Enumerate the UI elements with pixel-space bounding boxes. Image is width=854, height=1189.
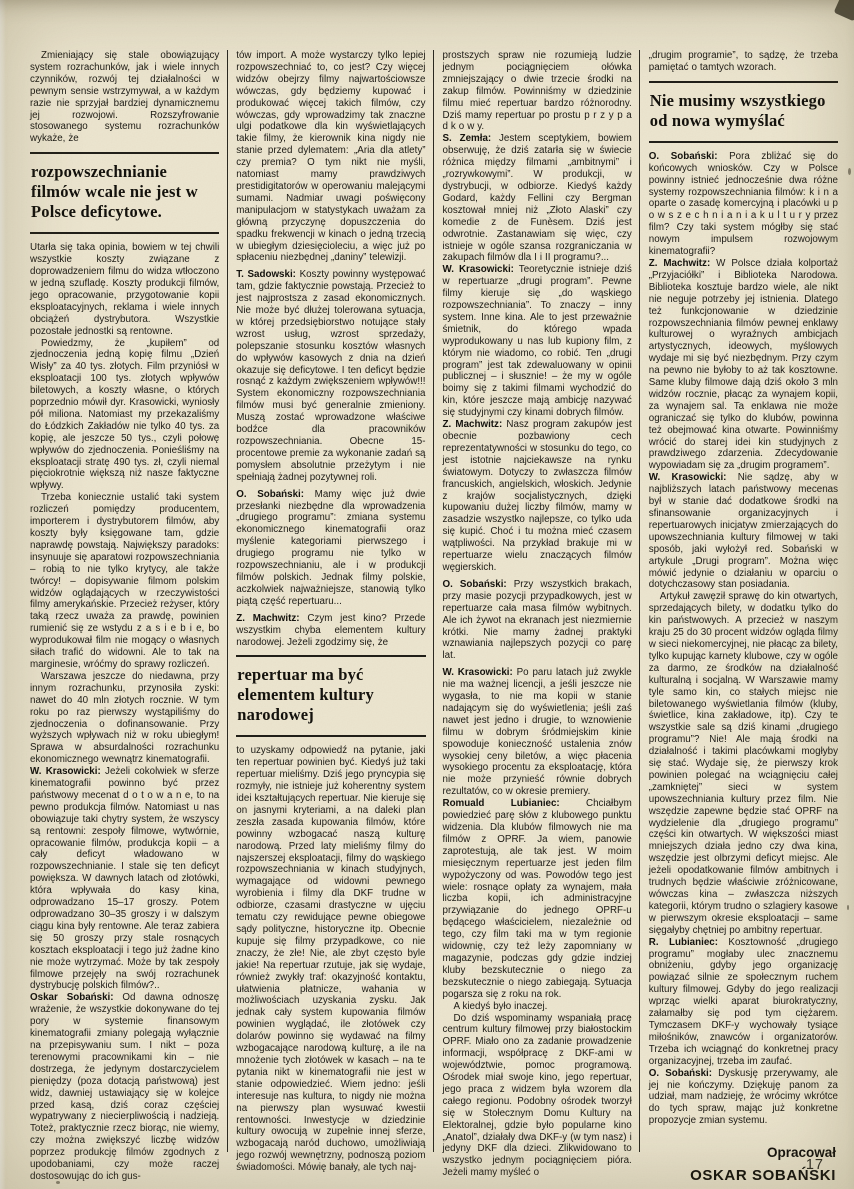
- speaker-name: R. Lubianiec:: [649, 937, 718, 948]
- page-number: 17: [806, 1157, 824, 1173]
- article-columns: Zmieniający się stale obowiązujący syste…: [30, 50, 838, 1184]
- text-column-3: prostszych spraw nie rozumieją ludzie je…: [443, 50, 632, 1184]
- speaker-name: W. Krasowicki:: [30, 766, 101, 777]
- paragraph: Powiedzmy, że „kupiłem” od zjednoczenia …: [30, 338, 219, 493]
- paragraph: Z. Machwitz: Czym jest kino? Przede wszy…: [236, 613, 425, 649]
- paragraph: Warszawa jeszcze do niedawna, przy innym…: [30, 671, 219, 766]
- paragraph: Oskar Sobański: Od dawna odnoszę wrażeni…: [30, 992, 219, 1183]
- paragraph: Do dziś wspominamy wspaniałą pracę centr…: [443, 1013, 632, 1180]
- scan-artifact: [847, 905, 849, 910]
- speaker-name: O. Sobański:: [236, 489, 304, 500]
- speaker-name: W. Krasowicki:: [649, 472, 727, 483]
- scan-edge-highlight: [0, 0, 6, 1189]
- speaker-name: S. Zemła:: [443, 133, 492, 144]
- paragraph: O. Sobański: Dyskusję przerywamy, ale je…: [649, 1068, 838, 1128]
- speaker-name: W. Krasowicki:: [443, 667, 513, 678]
- paragraph: O. Sobański: Mamy więc już dwie przesłan…: [236, 489, 425, 608]
- text-column-1: Zmieniający się stale obowiązujący syste…: [30, 50, 219, 1184]
- paragraph: Z. Machwitz: Nasz program zakupów jest o…: [443, 419, 632, 574]
- magazine-page: Zmieniający się stale obowiązujący syste…: [0, 0, 854, 1189]
- speaker-name: Z. Machwitz:: [649, 258, 710, 269]
- speaker-name: Z. Machwitz:: [236, 613, 299, 624]
- section-heading: rozpowszechnianie filmów wcale nie jest …: [30, 152, 219, 234]
- paragraph: Romuald Lubianiec: Chciałbym powiedzieć …: [443, 798, 632, 1000]
- speaker-name: O. Sobański:: [649, 151, 718, 162]
- paragraph: W. Krasowicki: Jeżeli cokolwiek w sferze…: [30, 766, 219, 992]
- text-column-4: „drugim programie”, to sądzę, że trzeba …: [649, 50, 838, 1184]
- scan-artifact: [834, 0, 854, 21]
- section-heading: repertuar ma być elementem kultury narod…: [236, 655, 425, 737]
- speaker-name: T. Sadowski:: [236, 269, 296, 280]
- paragraph: W. Krasowicki: Nie sądzę, aby w najbliżs…: [649, 472, 838, 591]
- paragraph: R. Lubianiec: Kosztowność „drugiego prog…: [649, 937, 838, 1068]
- speaker-name: W. Krasowicki:: [443, 264, 514, 275]
- paragraph: S. Zemła: Jestem sceptykiem, bowiem obse…: [443, 133, 632, 264]
- speaker-name: O. Sobański:: [443, 579, 507, 590]
- section-heading: Nie musimy wszystkiego od nowa wymyślać: [649, 81, 838, 143]
- paragraph: O. Sobański: Przy wszystkich brakach, pr…: [443, 579, 632, 662]
- paragraph: to uzyskamy odpowiedź na pytanie, jaki t…: [236, 745, 425, 1174]
- paragraph: Trzeba koniecznie ustalić taki system ro…: [30, 492, 219, 671]
- paragraph: A kiedyś było inaczej.: [443, 1001, 632, 1013]
- paragraph: W. Krasowicki: Teoretycznie istnieje dzi…: [443, 264, 632, 419]
- paragraph: Artykuł zawęził sprawę do kin otwartych,…: [649, 591, 838, 936]
- scan-artifact: [848, 168, 851, 175]
- paragraph: prostszych spraw nie rozumieją ludzie je…: [443, 50, 632, 133]
- speaker-name: Oskar Sobański:: [30, 992, 114, 1003]
- paragraph: T. Sadowski: Koszty powinny występować t…: [236, 269, 425, 483]
- text-column-2: tów import. A może wystarczy tylko lepie…: [236, 50, 425, 1184]
- paragraph: Z. Machwitz: W Polsce działa kolportaż „…: [649, 258, 838, 472]
- paragraph: tów import. A może wystarczy tylko lepie…: [236, 50, 425, 264]
- paragraph: Utarła się taka opinia, bowiem w tej chw…: [30, 242, 219, 337]
- speaker-name: Romuald Lubianiec:: [443, 798, 560, 809]
- speaker-name: O. Sobański:: [649, 1068, 712, 1079]
- paragraph: W. Krasowicki: Po paru latach już zwykle…: [443, 667, 632, 798]
- paragraph: Zmieniający się stale obowiązujący syste…: [30, 50, 219, 145]
- paragraph: O. Sobański: Pora zbliżać się do końcowy…: [649, 151, 838, 258]
- paragraph: „drugim programie”, to sądzę, że trzeba …: [649, 50, 838, 74]
- speaker-name: Z. Machwitz:: [443, 419, 503, 430]
